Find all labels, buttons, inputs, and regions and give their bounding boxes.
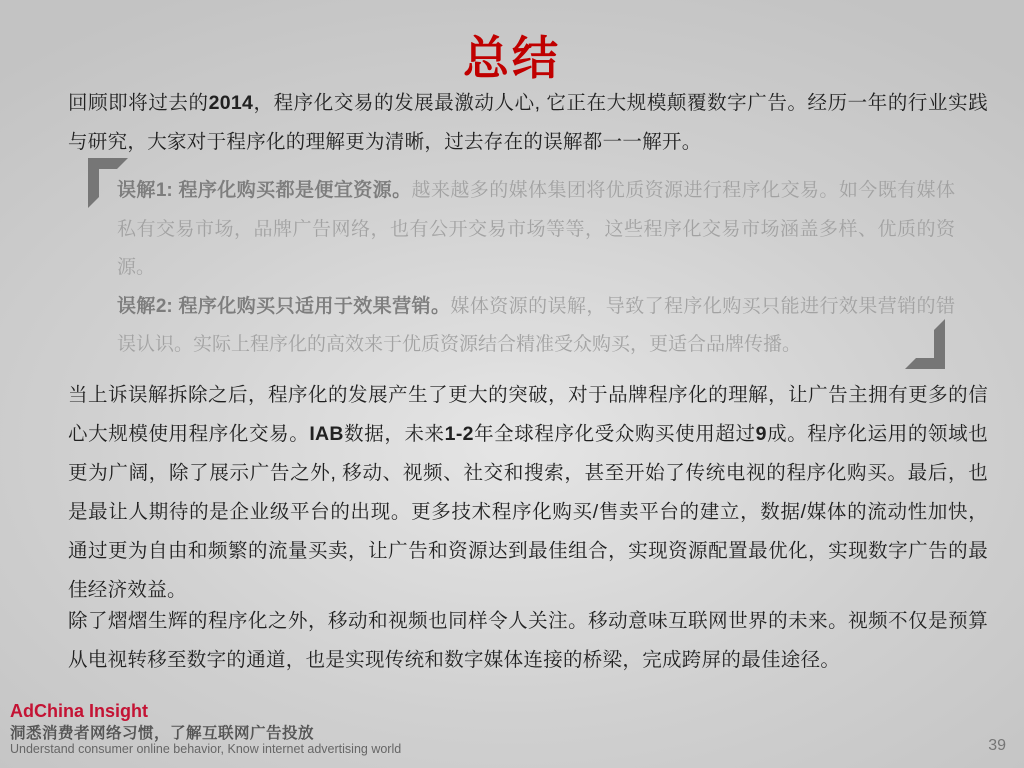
footer-tagline-zh: 洞悉消费者网络习惯，了解互联网广告投放 [10, 721, 314, 743]
text-segment: 成。程序化运用的领域也更为广阔，除了展示广告之外, 移动、视频、社交和搜索，甚至… [68, 423, 988, 601]
intro-paragraph: 回顾即将过去的2014，程序化交易的发展最激动人心, 它正在大规模颠覆数字广告。… [68, 84, 988, 162]
body-paragraph-mobile-video: 除了熠熠生辉的程序化之外，移动和视频也同样令人关注。移动意味互联网世界的未来。视… [68, 602, 988, 680]
text-segment: 数据，未来 [344, 423, 445, 445]
text-segment: 回顾即将过去的 [68, 92, 209, 114]
footer-tagline-en: Understand consumer online behavior, Kno… [10, 742, 401, 756]
page-title: 总结 [0, 22, 1024, 88]
page-number: 39 [988, 737, 1006, 755]
summary-slide: 总结 回顾即将过去的2014，程序化交易的发展最激动人心, 它正在大规模颠覆数字… [0, 0, 1024, 768]
misconceptions-quote-block: 误解1: 程序化购买都是便宜资源。越来越多的媒体集团将优质资源进行程序化交易。如… [117, 172, 955, 365]
text-segment: 年全球程序化受众购买使用超过 [474, 423, 756, 445]
text-segment: 9 [756, 423, 767, 445]
text-segment: IAB [309, 423, 343, 445]
text-segment: 1-2 [445, 423, 474, 445]
misconception-2-lead: 误解2: 程序化购买只适用于效果营销。 [117, 296, 450, 317]
quote-corner-bottom-right-icon [905, 319, 945, 369]
footer-brand: AdChina Insight [10, 701, 148, 722]
misconception-1-lead: 误解1: 程序化购买都是便宜资源。 [117, 180, 412, 201]
text-segment: 2014 [209, 92, 254, 114]
body-paragraph-programmatic: 当上诉误解拆除之后，程序化的发展产生了更大的突破，对于品牌程序化的理解，让广告主… [68, 376, 988, 610]
text-segment: 除了熠熠生辉的程序化之外，移动和视频也同样令人关注。移动意味互联网世界的未来。视… [68, 610, 988, 671]
